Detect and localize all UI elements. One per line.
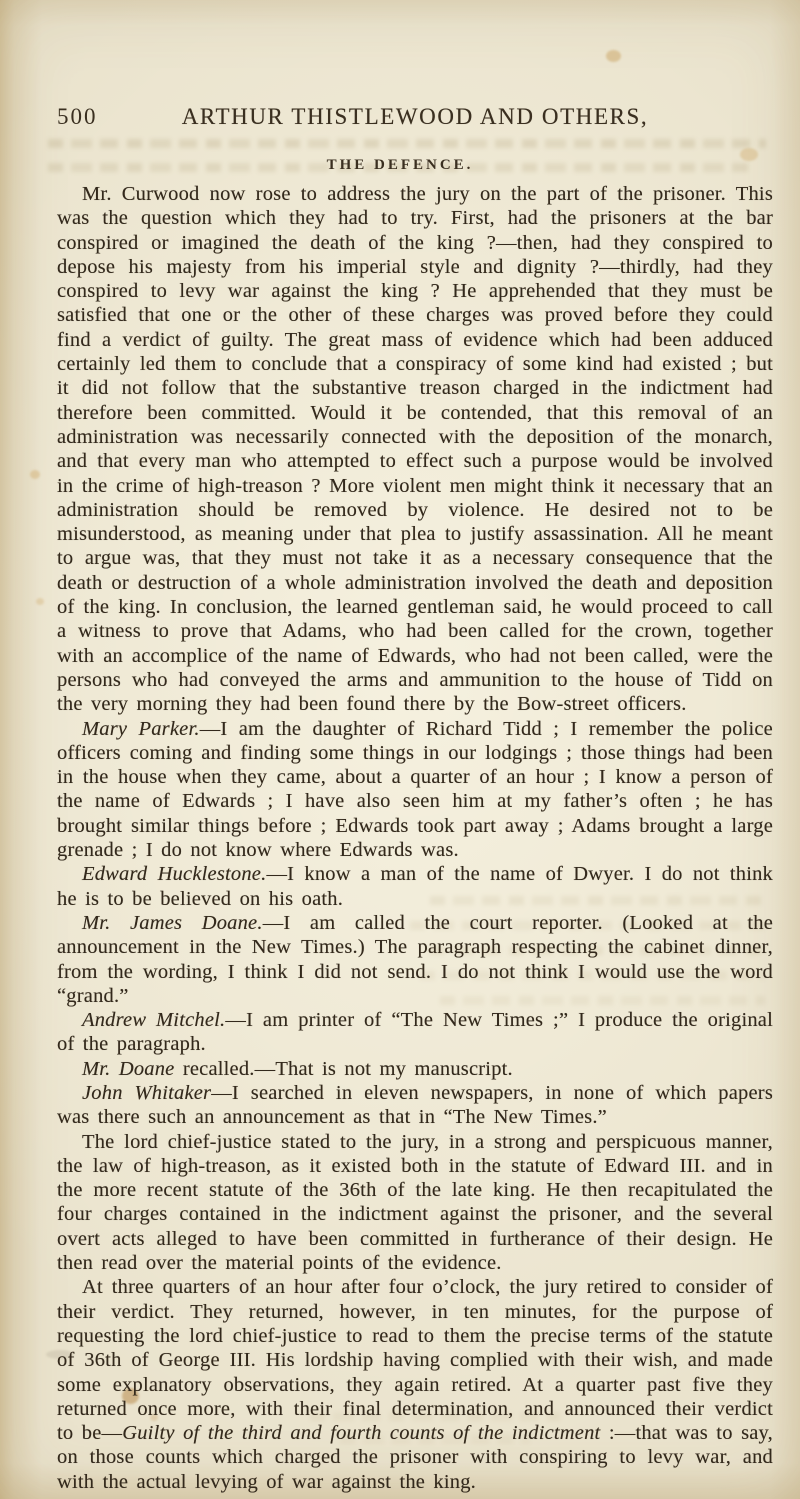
paper-stain	[30, 470, 40, 479]
paragraph: Mary Parker.—I am the daughter of Richar…	[57, 717, 773, 863]
paragraph: Mr. Doane recalled.—That is not my manus…	[57, 1057, 773, 1081]
text-run: The lord chief-justice stated to the jur…	[57, 1131, 773, 1274]
paper-stain	[36, 598, 44, 605]
book-page: 500 ARTHUR THISTLEWOOD AND OTHERS, THE D…	[0, 0, 800, 1499]
italic-run: Andrew Mitchel.	[82, 1009, 225, 1031]
text-run: Mr. Curwood now rose to address the jury…	[57, 183, 773, 715]
text-run: recalled.—That is not my manuscript.	[175, 1058, 513, 1080]
section-heading: THE DEFENCE.	[0, 157, 800, 174]
page-header: 500 ARTHUR THISTLEWOOD AND OTHERS,	[57, 104, 773, 134]
paragraph: At three quarters of an hour after four …	[57, 1275, 773, 1494]
paper-stain	[606, 50, 621, 62]
paragraph: Mr. Curwood now rose to address the jury…	[57, 182, 773, 717]
italic-run: John Whitaker	[82, 1082, 211, 1104]
page-number: 500	[57, 104, 98, 130]
italic-run: Mr. James Doane.	[82, 912, 263, 934]
paragraph: The lord chief-justice stated to the jur…	[57, 1130, 773, 1276]
show-through-artifact	[48, 139, 766, 148]
text-run: At three quarters of an hour after four …	[57, 1276, 773, 1444]
italic-run: Mary Parker.	[82, 718, 200, 740]
page-body: Mr. Curwood now rose to address the jury…	[57, 182, 773, 1494]
paragraph: John Whitaker—I searched in eleven newsp…	[57, 1081, 773, 1130]
italic-run: Guilty of the third and fourth counts of…	[122, 1422, 600, 1444]
italic-run: Mr. Doane	[82, 1058, 175, 1080]
italic-run: Edward Hucklestone.	[82, 863, 266, 885]
paragraph: Andrew Mitchel.—I am printer of “The New…	[57, 1008, 773, 1057]
running-title: ARTHUR THISTLEWOOD AND OTHERS,	[57, 104, 773, 130]
paragraph: Edward Hucklestone.—I know a man of the …	[57, 862, 773, 911]
paragraph: Mr. James Doane.—I am called the court r…	[57, 911, 773, 1008]
